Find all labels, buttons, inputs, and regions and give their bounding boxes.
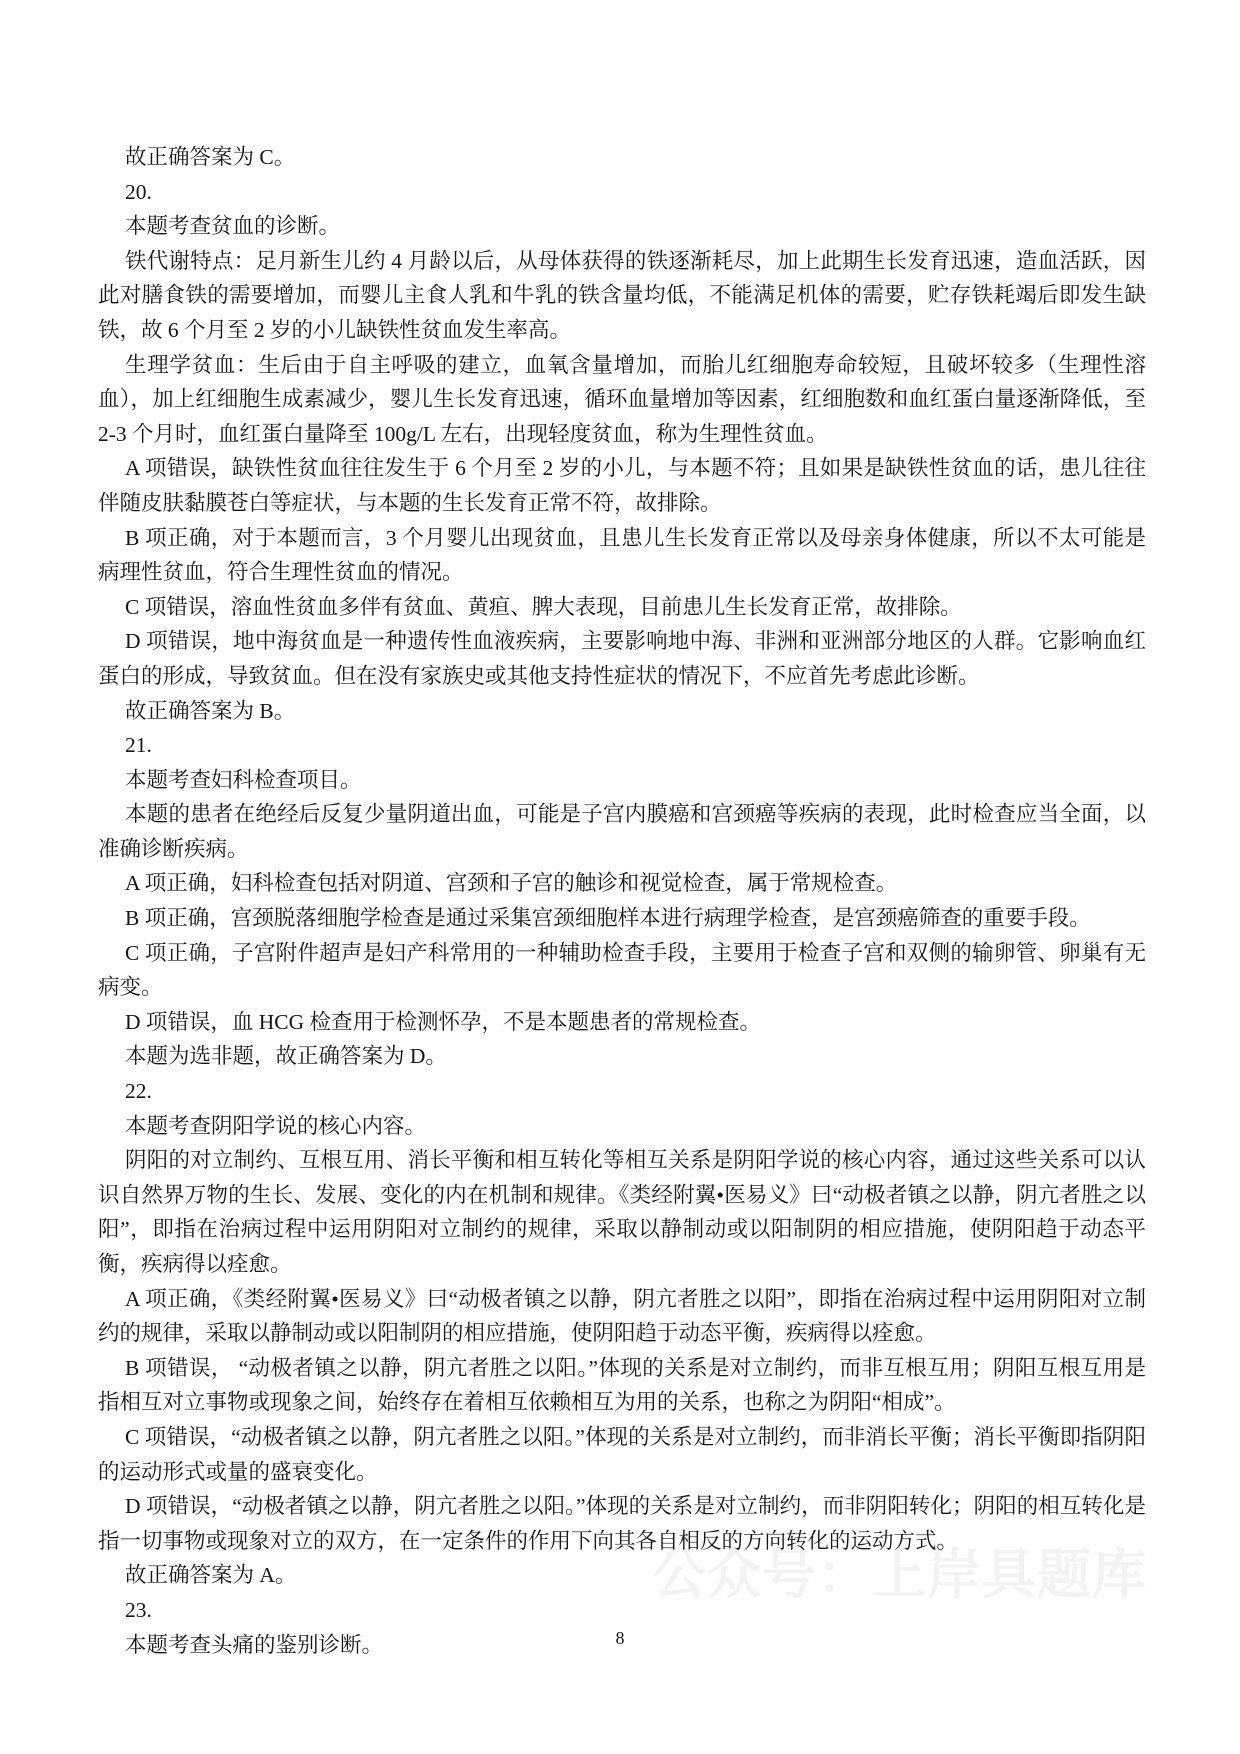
paragraph: A 项正确，《类经附翼•医易义》曰“动极者镇之以静，阴亢者胜之以阳”，即指在治病… (98, 1282, 1146, 1351)
paragraph: 故正确答案为 B。 (98, 694, 1146, 729)
paragraph: 本题的患者在绝经后反复少量阴道出血，可能是子宫内膜癌和宫颈癌等疾病的表现，此时检… (98, 797, 1146, 866)
paragraph: 22. (98, 1074, 1146, 1109)
paragraph: B 项正确，对于本题而言，3 个月婴儿出现贫血，且患儿生长发育正常以及母亲身体健… (98, 521, 1146, 590)
paragraph: B 项错误， “动极者镇之以静，阴亢者胜之以阳。”体现的关系是对立制约，而非互根… (98, 1351, 1146, 1420)
paragraph: B 项正确，宫颈脱落细胞学检查是通过采集宫颈细胞样本进行病理学检查，是宫颈癌筛查… (98, 901, 1146, 936)
paragraph: A 项正确，妇科检查包括对阴道、宫颈和子宫的触诊和视觉检查，属于常规检查。 (98, 866, 1146, 901)
paragraph: 本题考查阴阳学说的核心内容。 (98, 1109, 1146, 1144)
paragraph: 铁代谢特点：足月新生儿约 4 月龄以后，从母体获得的铁逐渐耗尽，加上此期生长发育… (98, 244, 1146, 348)
paragraph: C 项错误，溶血性贫血多伴有贫血、黄疸、脾大表现，目前患儿生长发育正常，故排除。 (98, 590, 1146, 625)
paragraph: C 项正确，子宫附件超声是妇产科常用的一种辅助检查手段，主要用于检查子宫和双侧的… (98, 936, 1146, 1005)
document-page: 公众号：上岸具题库 故正确答案为 C。20.本题考查贫血的诊断。铁代谢特点：足月… (0, 0, 1240, 1754)
paragraph: D 项错误，血 HCG 检查用于检测怀孕，不是本题患者的常规检查。 (98, 1005, 1146, 1040)
paragraph: 23. (98, 1593, 1146, 1628)
paragraph: D 项错误，地中海贫血是一种遗传性血液疾病，主要影响地中海、非洲和亚洲部分地区的… (98, 624, 1146, 693)
paragraph: 故正确答案为 A。 (98, 1558, 1146, 1593)
paragraph: 20. (98, 175, 1146, 210)
page-number: 8 (616, 1628, 625, 1648)
paragraph: C 项错误，“动极者镇之以静，阴亢者胜之以阳。”体现的关系是对立制约，而非消长平… (98, 1420, 1146, 1489)
paragraph: 21. (98, 728, 1146, 763)
paragraph: 本题考查妇科检查项目。 (98, 763, 1146, 798)
page-footer: 8 (0, 1628, 1240, 1649)
paragraph: D 项错误，“动极者镇之以静，阴亢者胜之以阳。”体现的关系是对立制约，而非阴阳转… (98, 1489, 1146, 1558)
paragraph: 故正确答案为 C。 (98, 140, 1146, 175)
paragraph: 阴阳的对立制约、互根互用、消长平衡和相互转化等相互关系是阴阳学说的核心内容，通过… (98, 1143, 1146, 1281)
paragraph: 本题为选非题，故正确答案为 D。 (98, 1039, 1146, 1074)
paragraph: 本题考查贫血的诊断。 (98, 209, 1146, 244)
document-body: 故正确答案为 C。20.本题考查贫血的诊断。铁代谢特点：足月新生儿约 4 月龄以… (98, 140, 1146, 1662)
paragraph: A 项错误，缺铁性贫血往往发生于 6 个月至 2 岁的小儿，与本题不符；且如果是… (98, 451, 1146, 520)
paragraph: 生理学贫血：生后由于自主呼吸的建立，血氧含量增加，而胎儿红细胞寿命较短，且破坏较… (98, 348, 1146, 452)
